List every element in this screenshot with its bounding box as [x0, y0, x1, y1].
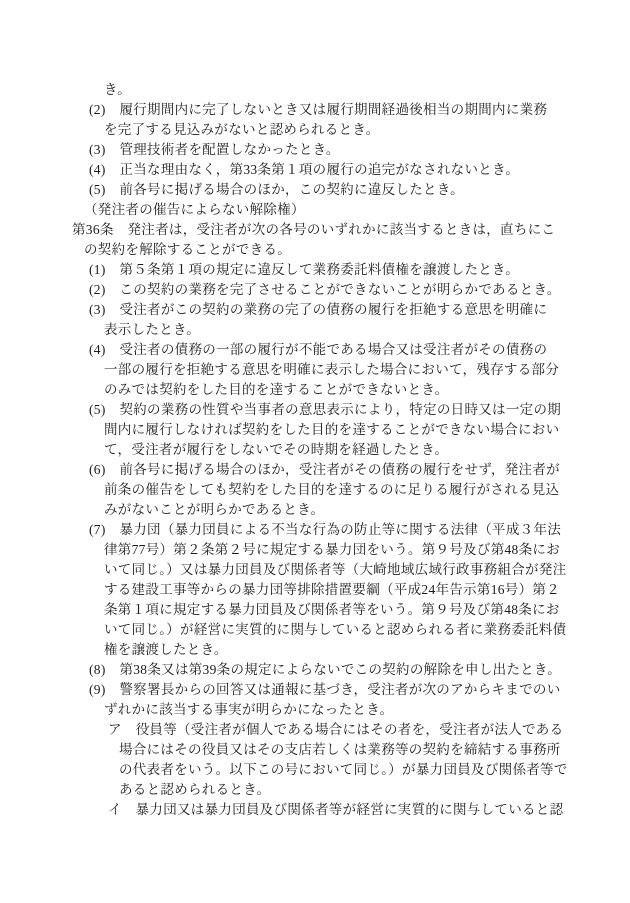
document-line: (2) この契約の業務を完了させることができないことが明らかであるとき。 [89, 280, 592, 300]
document-line: 条第１項に規定する暴力団員及び関係者等をいう。第９号及び第48条にお [104, 600, 592, 620]
document-line: みがないことが明らかであるとき。 [104, 500, 592, 520]
document-line: 権を譲渡したとき。 [104, 640, 592, 660]
document-line: 表示したとき。 [104, 320, 592, 340]
document-line: (7) 暴力団（暴力団員による不当な行為の防止等に関する法律（平成３年法 [89, 520, 592, 540]
document-line: 第36条 発注者は，受注者が次の各号のいずれかに該当するときは，直ちにこ [72, 220, 592, 240]
document-line: (6) 前各号に掲げる場合のほか，受注者がその債務の履行をせず，発注者が [89, 460, 592, 480]
document-line: (4) 受注者の債務の一部の履行が不能である場合又は受注者がその債務の [89, 340, 592, 360]
document-line: (5) 契約の業務の性質や当事者の意思表示により，特定の日時又は一定の期 [89, 400, 592, 420]
document-line: て，受注者が履行をしないでその時期を経過したとき。 [104, 440, 592, 460]
document-line: 一部の履行を拒絶する意思を明確に表示した場合において，残存する部分 [104, 360, 592, 380]
document-line: (8) 第38条又は第39条の規定によらないでこの契約の解除を申し出たとき。 [89, 660, 592, 680]
document-line: 間内に履行しなければ契約をした目的を達することができない場合におい [104, 420, 592, 440]
document-line: (3) 管理技術者を配置しなかったとき。 [89, 140, 592, 160]
document-line: ア 役員等（受注者が個人である場合にはその者を，受注者が法人である [108, 720, 592, 740]
document-line: （発注者の催告によらない解除権） [84, 200, 592, 220]
document-line: (2) 履行期間内に完了しないとき又は履行期間経過後相当の期間内に業務 [89, 100, 592, 120]
document-line: き。 [104, 80, 592, 100]
document-line: の契約を解除することができる。 [84, 240, 592, 260]
document-line: (4) 正当な理由なく，第33条第１項の履行の追完がなされないとき。 [89, 160, 592, 180]
document-line: の代表者をいう。以下この号において同じ。）が暴力団員及び関係者等で [119, 760, 592, 780]
document-line: (9) 警察署長からの回答又は通報に基づき，受注者が次のアからキまでのい [89, 680, 592, 700]
document-line: 場合にはその役員又はその支店若しくは業務等の契約を締結する事務所 [119, 740, 592, 760]
document-line: のみでは契約をした目的を達することができないとき。 [104, 380, 592, 400]
document-line: ずれかに該当する事実が明らかになったとき。 [104, 700, 592, 720]
document-page: き。(2) 履行期間内に完了しないとき又は履行期間経過後相当の期間内に業務を完了… [0, 0, 630, 903]
document-line: イ 暴力団又は暴力団員及び関係者等が経営に実質的に関与していると認 [108, 800, 592, 820]
document-line: いて同じ。）が経営に実質的に関与していると認められる者に業務委託料債 [104, 620, 592, 640]
document-line: 前条の催告をしても契約をした目的を達するのに足りる履行がされる見込 [104, 480, 592, 500]
document-line: あると認められるとき。 [119, 780, 592, 800]
document-content: き。(2) 履行期間内に完了しないとき又は履行期間経過後相当の期間内に業務を完了… [72, 80, 592, 820]
document-line: (5) 前各号に掲げる場合のほか，この契約に違反したとき。 [89, 180, 592, 200]
document-line: 律第77号）第２条第２号に規定する暴力団をいう。第９号及び第48条にお [104, 540, 592, 560]
document-line: いて同じ。）又は暴力団員及び関係者等（大崎地域広域行政事務組合が発注 [104, 560, 592, 580]
document-line: (1) 第５条第１項の規定に違反して業務委託料債権を譲渡したとき。 [89, 260, 592, 280]
document-line: する建設工事等からの暴力団等排除措置要綱（平成24年告示第16号）第２ [104, 580, 592, 600]
document-line: を完了する見込みがないと認められるとき。 [104, 120, 592, 140]
document-line: (3) 受注者がこの契約の業務の完了の債務の履行を拒絶する意思を明確に [89, 300, 592, 320]
